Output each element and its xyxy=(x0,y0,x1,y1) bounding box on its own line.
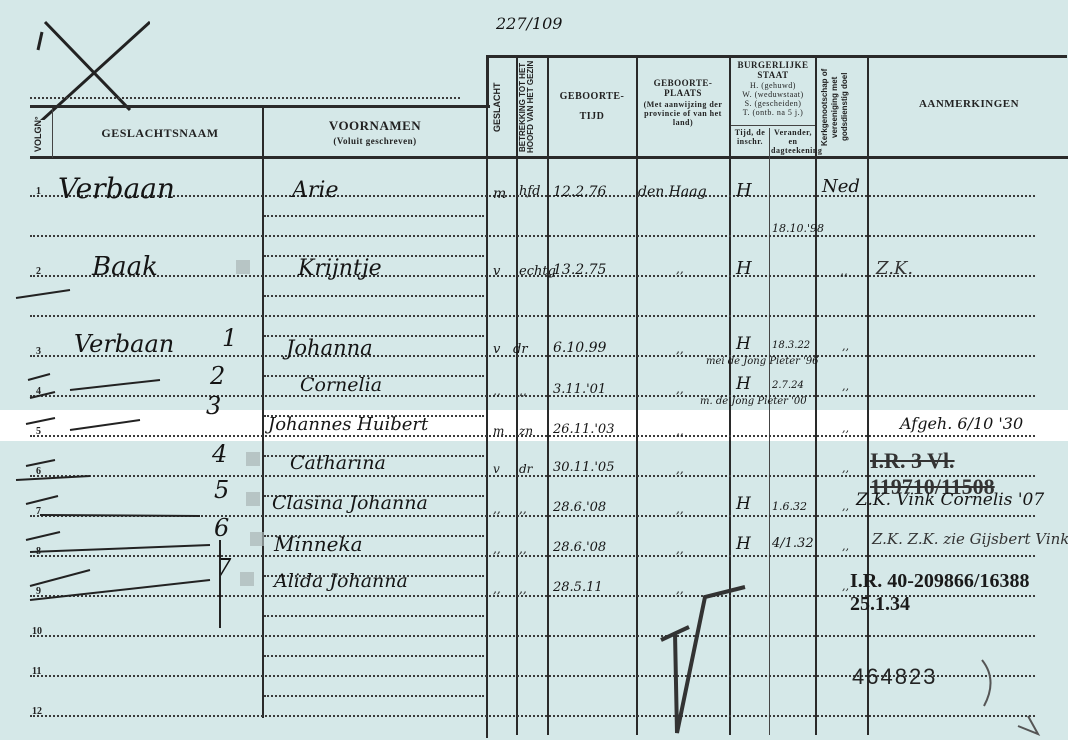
header-bs-tijd: Tijd, de inschr. xyxy=(731,128,769,146)
header-geslacht: GESLACHT xyxy=(493,62,502,152)
header-bottom-rule xyxy=(30,156,1068,159)
header-kerkgenootschap: Kerkgenootschap of vereeniging met godsd… xyxy=(820,60,864,154)
row-rule xyxy=(30,235,1035,237)
header-top-rule-left xyxy=(30,105,490,108)
reference-number: 227/109 xyxy=(496,14,562,33)
row-rule xyxy=(30,635,1035,637)
voornamen-subrule xyxy=(264,615,484,617)
header-step xyxy=(486,55,489,107)
voornamen-subrule xyxy=(264,295,484,297)
column-divider-geslacht xyxy=(486,108,488,738)
civil-change-date: 18.10.'98 xyxy=(772,222,824,235)
header-betrekking: BETREKKING TOT HET HOOFD VAN HET GEZIN xyxy=(519,60,545,154)
card-number: 464823 xyxy=(852,664,937,690)
check-mark-icon xyxy=(655,585,765,735)
cross-mark-icon xyxy=(30,10,150,120)
header-aanmerkingen: AANMERKINGEN xyxy=(870,98,1068,110)
ditto-strokes xyxy=(10,270,260,630)
column-divider-voornamen xyxy=(262,108,264,718)
sex: m xyxy=(493,186,506,202)
birth-place: den Haag xyxy=(638,184,707,200)
top-dotted-line xyxy=(30,97,460,99)
surname: Verbaan xyxy=(58,172,175,205)
header-top-rule-right xyxy=(487,55,1067,58)
remarks: Z.K. xyxy=(876,258,913,279)
header-bs-verander: Verander, en dagteekening xyxy=(771,128,815,155)
voornamen-subrule xyxy=(264,695,484,697)
marriage-note: mei de Jong Pieter '96 xyxy=(706,356,819,367)
header-geslachtsnaam: GESLACHTSNAAM xyxy=(60,126,260,141)
header-voornamen-sub: (Voluit geschreven) xyxy=(264,136,486,146)
civil-status: H xyxy=(736,180,752,201)
header-burgerlijke-staat: BURGERLIJKE xyxy=(731,60,815,70)
header-geboorteplaats: GEBOORTE- xyxy=(638,78,728,88)
bracket-mark-icon xyxy=(958,656,1068,740)
relation: hfd xyxy=(519,184,541,199)
given-name: Arie xyxy=(292,178,338,203)
ir-stamp-remark-2: I.R. 40-209866/16388 25.1.34 xyxy=(850,570,1068,616)
header-geboortetijd: GEBOORTE- xyxy=(549,92,635,102)
header-volgnummer: VOLGN° xyxy=(34,112,43,156)
voornamen-subrule xyxy=(264,215,484,217)
row-rule xyxy=(30,715,1035,717)
birth-date: 12.2.76 xyxy=(553,184,606,200)
church: Ned xyxy=(822,176,860,197)
voornamen-subrule xyxy=(264,655,484,657)
row-number: 1 xyxy=(36,186,41,197)
header-voornamen: VOORNAMEN xyxy=(264,118,486,134)
